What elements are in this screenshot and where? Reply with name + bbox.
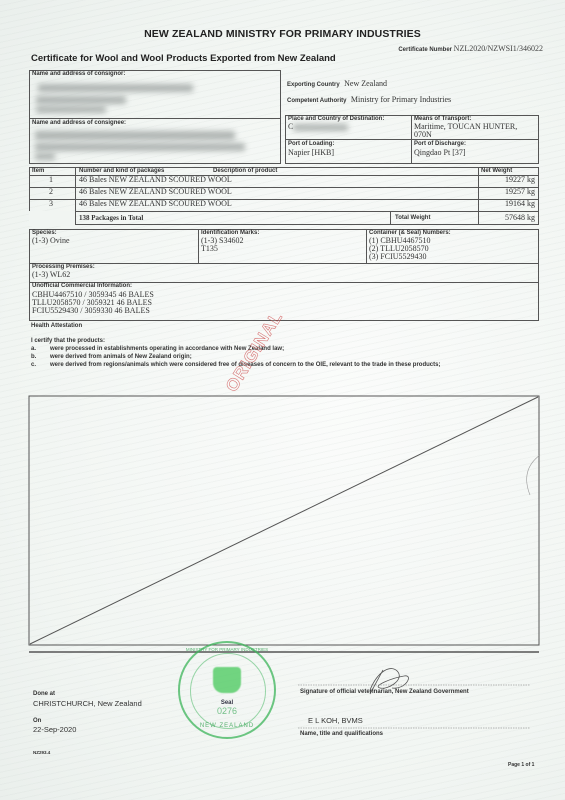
page-indicator: Page 1 of 1 xyxy=(508,762,534,768)
signer-name: E L KOH, BVMS xyxy=(308,716,363,725)
seal-ring-text: MINISTRY FOR PRIMARY INDUSTRIES xyxy=(180,647,274,652)
seal-ring-text: NEW ZEALAND xyxy=(180,723,274,729)
crest-icon xyxy=(213,667,241,693)
on-label: On xyxy=(33,718,41,724)
on-date: 22-Sep-2020 xyxy=(33,725,76,734)
struck-out-box xyxy=(0,0,565,800)
form-code: NZ293.4 xyxy=(33,750,50,755)
name-title-label: Name, title and qualifications xyxy=(300,731,383,737)
seal-number: 0276 xyxy=(180,706,274,716)
done-at-label: Done at xyxy=(33,691,55,697)
done-at-value: CHRISTCHURCH, New Zealand xyxy=(33,699,142,708)
ministry-seal-stamp: MINISTRY FOR PRIMARY INDUSTRIES Seal 027… xyxy=(178,641,276,739)
signature-label: Signature of official veterinarian, New … xyxy=(300,689,469,695)
